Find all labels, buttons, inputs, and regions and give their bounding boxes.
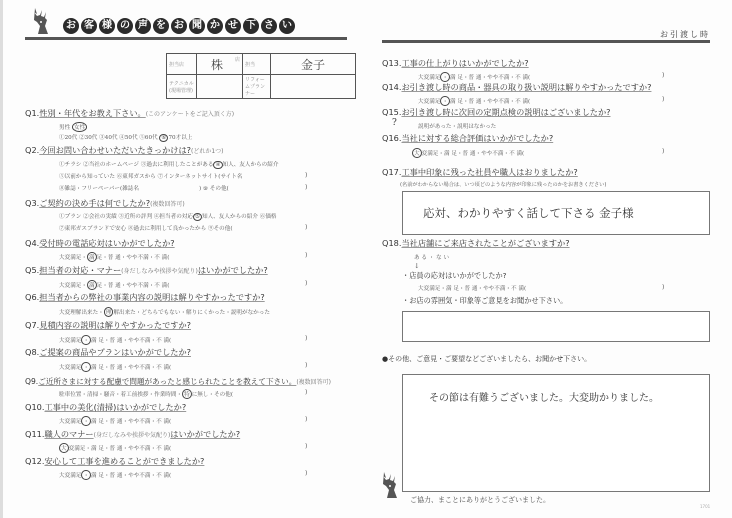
q10-number: Q10. (25, 402, 44, 412)
q8-selected[interactable]: ・ (81, 362, 91, 372)
q3-number: Q3. (25, 198, 39, 208)
question-q13: Q13.工事の仕上がりはいかがでしたか? (382, 58, 529, 69)
title-char: か (207, 18, 223, 34)
q1-age-options[interactable]: ①20代 ②30代 ③40代 ④50代 ⑤60代 ⑥70才以上 (59, 133, 192, 142)
question-q15: Q15.お引き渡し時に次回の定期点検の説明はございましたか? (382, 107, 611, 118)
store-value[interactable]: 株 (211, 58, 223, 72)
q18-sub2: ・お店の雰囲気・印象等ご意見をお聞かせ下さい。 (402, 296, 567, 306)
form-code: 1701 (700, 504, 710, 509)
q12-text: 安心して工事を進めることができましたか? (44, 456, 204, 466)
q14-post: 満 足・普 通・やや不満・不 満( (450, 99, 530, 105)
q7-number: Q7. (25, 320, 39, 330)
q18-text: 当社店舗にご来店されたことがございますか? (401, 238, 569, 248)
q14-text: お引き渡し時の商品・器具の取り扱い説明は解りやすかったですか? (401, 82, 651, 92)
other-comments-label: ●その他、ご意見・ご要望などございましたら、お聞かせ下さい。 (382, 354, 591, 364)
q5-options[interactable]: 大変満足・満足・普 通・やや不満・不 満( (59, 280, 169, 290)
question-q4: Q4.受付時の電話応対はいかがでしたか? (25, 238, 175, 249)
title-char: せ (225, 18, 241, 34)
q1-note: (このアンケートをご記入頂く方) (146, 111, 234, 118)
q10-text: 工事中の美化(清掃)はいかがでしたか? (44, 402, 186, 412)
q11-number: Q11. (25, 429, 44, 439)
q15-number: Q15. (382, 107, 401, 117)
q6-pre: 大変理解出来た・ (59, 310, 104, 316)
q16-options[interactable]: 大変満足・満 足・普 通・やや不満・不 満( (412, 148, 524, 158)
q5-post: 足・普 通・やや不満・不 満( (97, 283, 170, 289)
person-label: 担当 (243, 54, 271, 75)
staff-table: 担当店 株 店 担当 金子 テクニカル(現場管理) リフォームプランナー (166, 53, 356, 99)
title-char: の (117, 18, 133, 34)
q8-pre: 大変満足 (59, 365, 81, 371)
q9-note: (複数回答可) (296, 379, 331, 386)
q14-close-paren: ) (662, 96, 664, 103)
deer-logo-icon (31, 6, 55, 36)
q3-options-line1[interactable]: ①プラン ②会社の実績 ③近所の評判 ④担当者の対応⑤知人、友人からの紹介 ⑥価… (59, 212, 277, 221)
other-comments-answer: その節は有難うございました。大変助かりました。 (429, 389, 659, 404)
q3-close-paren: ) (305, 224, 307, 231)
q18-options[interactable]: あ る ・ な い (414, 253, 449, 261)
q11-selected[interactable]: 大 (59, 443, 69, 453)
thanks-message: ご協力、まことにありがとうございました。 (410, 495, 550, 505)
q11-options[interactable]: 大変満足・満 足・普 通・やや不満・不 満( (59, 443, 171, 453)
q9-text: ご近所さまに対する配慮で問題があったと感じられたことを教えて下さい。 (38, 377, 296, 386)
q16-selected[interactable]: 大 (412, 148, 422, 158)
q6-post: 解出来た・どちらでもない・解りにくかった・説明がなかった (113, 310, 270, 316)
q2-options-line3[interactable]: ⑧雑誌・フリーペーパー(雑誌名) ⑨ その他( (59, 184, 229, 192)
q13-close-paren: ) (662, 72, 664, 79)
q14-selected[interactable]: ・ (440, 96, 450, 106)
q6-number: Q6. (25, 292, 39, 302)
q13-selected[interactable]: ・ (440, 72, 450, 82)
q5-note: (身だしなみや挨拶や気配り) (121, 268, 198, 275)
q1-gender-selected[interactable]: 女性 (72, 122, 87, 132)
q14-options[interactable]: 大変満足・満 足・普 通・やや不満・不 満( (418, 96, 530, 106)
title-char: い (279, 18, 295, 34)
q2-text: 今回お問い合わせいただいたきっかけは? (39, 145, 191, 155)
q13-post: 満 足・普 通・やや不満・不 満( (450, 75, 530, 81)
q4-pre: 大変満足・ (59, 255, 87, 261)
store-label: 担当店 (167, 54, 197, 75)
planner-label: リフォームプランナー (243, 75, 271, 99)
q3-text: ご契約の決め手は何でしたか? (39, 198, 150, 208)
q12-options[interactable]: 大変満足・満 足・普 通・やや不満・不 満( (59, 470, 171, 480)
q4-selected[interactable]: 満 (87, 252, 97, 262)
q9-options[interactable]: 駐車位置・清掃・騒音・着工前挨拶・作業時間・特に無し・その他( (59, 389, 233, 399)
question-q18: Q18.当社店舗にご来店されたことがございますか? (382, 238, 570, 249)
q10-post: 満 足・普 通・やや不満・不 満( (91, 419, 171, 425)
q9-post: に無し・その他( (192, 392, 233, 398)
q12-pre: 大変満足 (59, 473, 81, 479)
q5-pre: 大変満足・ (59, 283, 87, 289)
question-q11: Q11.職人のマナー(身だしなみや挨拶や気配り)はいかがでしたか? (25, 429, 240, 440)
q12-post: 満 足・普 通・やや不満・不 満( (91, 473, 171, 479)
q8-close-paren: ) (305, 362, 307, 369)
title-char: お (63, 18, 79, 34)
q7-selected[interactable]: ・ (81, 335, 91, 345)
q18-sub1-close-paren: ) (662, 284, 664, 291)
question-q14: Q14.お引き渡し時の商品・器具の取り扱い説明は解りやすかったですか? (382, 82, 651, 93)
q4-options[interactable]: 大変満足・満足・普 通・やや不満・不 満( (59, 252, 169, 262)
header-rule (25, 37, 347, 40)
title-char: を (153, 18, 169, 34)
q9-number: Q9. (25, 377, 38, 386)
question-q6: Q6.担当者からの弊社の事業内容の説明は解りやすかったですか? (25, 292, 265, 303)
q14-number: Q14. (382, 82, 401, 92)
q15-handwritten-mark: ? (392, 118, 397, 128)
title-char: 声 (135, 18, 151, 34)
q4-number: Q4. (25, 238, 39, 248)
q5-text2: はいかがでしたか? (198, 265, 268, 275)
q4-post: 足・普 通・やや不満・不 満( (97, 255, 170, 261)
question-q2: Q2.今回お問い合わせいただいたきっかけは?(どれか1つ) (25, 145, 224, 156)
question-q1: Q1.性別・年代をお教え下さい。(このアンケートをご記入頂く方) (25, 108, 234, 119)
question-q9: Q9.ご近所さまに対する配慮で問題があったと感じられたことを教えて下さい。(複数… (25, 376, 331, 387)
q18-sub1-options[interactable]: 大変満足・満 足・普 通・やや不満・不 満( (418, 284, 526, 292)
title-char: 様 (99, 18, 115, 34)
q16-number: Q16. (382, 133, 401, 143)
other-comments-box[interactable]: その節は有難うございました。大変助かりました。 (402, 374, 710, 492)
survey-title: お客様の声をお聞かせ下さい (63, 18, 295, 34)
q18-arrow-icon: ↓ (414, 262, 420, 270)
q2-selected[interactable]: ④ (213, 161, 222, 169)
q15-options[interactable]: 説明があった・説明はなかった (418, 122, 496, 130)
q13-text: 工事の仕上がりはいかがでしたか? (401, 58, 528, 68)
q10-selected[interactable]: ・ (81, 416, 91, 426)
question-q17: Q17.工事中印象に残った社員や職人はおりましたか? (382, 167, 578, 178)
q1-gender-options[interactable]: 男性 女性 (59, 122, 87, 132)
q12-number: Q12. (25, 456, 44, 466)
question-q10: Q10.工事中の美化(清掃)はいかがでしたか? (25, 402, 186, 413)
q1-number: Q1. (25, 108, 39, 118)
q3-selected[interactable]: ⑤ (193, 213, 202, 221)
q10-options[interactable]: 大変満足・満 足・普 通・やや不満・不 満( (59, 416, 171, 426)
technical-value[interactable] (197, 75, 243, 99)
question-q12: Q12.安心して工事を進めることができましたか? (25, 456, 204, 467)
q2-close-paren-1: ) (305, 172, 307, 179)
q13-number: Q13. (382, 58, 401, 68)
q2-options-line1[interactable]: ①チラシ ②当社のホームページ ③過去に利用したことがある④知人、友人からの紹介 (59, 160, 278, 169)
question-q16: Q16.当社に対する総合評価はいかがでしたか? (382, 133, 553, 144)
q18-sub1: ・店員の応対はいかがでしたか? (402, 271, 506, 281)
q9-pre: 駐車位置・清掃・騒音・着工前挨拶・作業時間・ (59, 392, 182, 398)
q3-line1-post: 知人、友人からの紹介 ⑥価格 (202, 214, 277, 220)
q7-pre: 大変満足 (59, 338, 81, 344)
right-page: お引渡し時 Q13.工事の仕上がりはいかがでしたか? 大変満足・満 足・普 通・… (366, 0, 732, 518)
q7-close-paren: ) (305, 335, 307, 342)
q4-text: 受付時の電話応対はいかがでしたか? (39, 238, 174, 248)
q10-pre: 大変満足 (59, 419, 81, 425)
q8-text: ご提案の商品やプランはいかがでしたか? (39, 347, 191, 357)
store-suffix: 店 (235, 56, 240, 63)
q1-text: 性別・年代をお教え下さい。 (39, 108, 145, 118)
q4-close-paren: ) (305, 252, 307, 259)
q9-close-paren: ) (305, 389, 307, 396)
q1-age-list: ①20代 ②30代 ③40代 ④50代 ⑤60代 (59, 135, 158, 141)
q2-close-paren-2: ) (305, 184, 307, 191)
q15-text: お引き渡し時に次回の定期点検の説明はございましたか? (401, 107, 610, 117)
title-char: 客 (81, 18, 97, 34)
question-q7: Q7.見積内容の説明は解りやすかったですか? (25, 320, 191, 331)
deer-footer-icon (380, 470, 404, 500)
title-char: 下 (243, 18, 259, 34)
q6-text: 担当者からの弊社の事業内容の説明は解りやすかったですか? (39, 292, 264, 302)
q5-number: Q5. (25, 265, 39, 275)
q2-line3b: ) ⑨ その他( (199, 186, 229, 192)
title-char: さ (261, 18, 277, 34)
q9-selected[interactable]: 特 (182, 389, 192, 399)
q5-text: 担当者の対応・マナー (39, 265, 121, 275)
q12-close-paren: ) (305, 470, 307, 477)
q11-text2: はいかがでしたか? (170, 429, 240, 439)
q11-text: 職人のマナー (44, 429, 93, 439)
q18-number: Q18. (382, 238, 401, 248)
q13-pre: 大変満足 (418, 75, 440, 81)
q17-note: (名前がわからない場合は、いつ頃どのような内容が印象に残ったのかをお書きください… (400, 181, 606, 188)
title-char: お (171, 18, 187, 34)
q8-post: 満 足・普 通・やや不満・不 満( (91, 365, 171, 371)
title-char: 聞 (189, 18, 205, 34)
q1-age-selected-label: 70才以上 (168, 135, 192, 141)
q5-close-paren: ) (305, 280, 307, 287)
q13-options[interactable]: 大変満足・満 足・普 通・やや不満・不 満( (418, 72, 530, 82)
q5-selected[interactable]: 満 (87, 280, 97, 290)
q2-note: (どれか1つ) (191, 148, 224, 155)
q14-pre: 大変満足 (418, 99, 440, 105)
q16-text: 当社に対する総合評価はいかがでしたか? (401, 133, 553, 143)
q17-text: 工事中印象に残った社員や職人はおりましたか? (401, 167, 577, 177)
q8-options[interactable]: 大変満足・満 足・普 通・やや不満・不 満( (59, 362, 171, 372)
q3-line1-pre: ①プラン ②会社の実績 ③近所の評判 ④担当者の対応 (59, 214, 193, 220)
q2-line1-post: 知人、友人からの紹介 (223, 162, 279, 168)
q7-text: 見積内容の説明は解りやすかったですか? (39, 320, 191, 330)
person-value[interactable]: 金子 (271, 54, 356, 75)
q3-note: (複数回答可) (150, 201, 185, 208)
q12-selected[interactable]: ・ (81, 470, 91, 480)
q7-post: 満 足・普 通・やや不満・不 満( (91, 338, 171, 344)
q2-line1-pre: ①チラシ ②当社のホームページ ③過去に利用したことがある (59, 162, 213, 168)
question-q5: Q5.担当者の対応・マナー(身だしなみや挨拶や気配り)はいかがでしたか? (25, 265, 268, 276)
q17-number: Q17. (382, 167, 401, 177)
q6-selected[interactable]: 理 (104, 307, 114, 317)
q16-post: 変満足・満 足・普 通・やや不満・不 満( (422, 151, 525, 157)
question-q8: Q8.ご提案の商品やプランはいかがでしたか? (25, 347, 191, 358)
q3-options-line2[interactable]: ⑦東邦ガスブランドで安心 ⑧過去に利用して良かったから ⑨その他( (59, 224, 233, 232)
q10-close-paren: ) (305, 416, 307, 423)
q11-note: (身だしなみや挨拶や気配り) (94, 432, 171, 439)
section-label: お引渡し時 (660, 29, 710, 40)
q18-sub2-answer-box[interactable] (402, 311, 710, 342)
right-header-rule (382, 40, 710, 43)
planner-value[interactable] (271, 75, 356, 99)
q2-options-line2[interactable]: ⑤以前から知っていた ⑥東邦ガスから ⑦インターネットサイト(サイト名 (59, 172, 242, 180)
question-q3: Q3.ご契約の決め手は何でしたか?(複数回答可) (25, 198, 185, 209)
q2-number: Q2. (25, 145, 39, 155)
q7-options[interactable]: 大変満足・満 足・普 通・やや不満・不 満( (59, 335, 171, 345)
q11-close-paren: ) (305, 443, 307, 450)
left-page: お客様の声をお聞かせ下さい 担当店 株 店 担当 金子 テクニカル(現場管理) … (0, 0, 366, 518)
q16-close-paren: ) (662, 148, 664, 155)
q8-number: Q8. (25, 347, 39, 357)
q6-options[interactable]: 大変理解出来た・理解出来た・どちらでもない・解りにくかった・説明がなかった (59, 307, 270, 317)
q11-post: 変満足・満 足・普 通・やや不満・不 満( (69, 446, 172, 452)
q2-line3: ⑧雑誌・フリーペーパー(雑誌名 (59, 186, 139, 192)
q17-answer-box[interactable]: 応対、わかりやすく話して下さる 金子様 (402, 191, 710, 235)
technical-label: テクニカル(現場管理) (167, 75, 197, 99)
q17-answer: 応対、わかりやすく話して下さる 金子様 (423, 205, 634, 221)
